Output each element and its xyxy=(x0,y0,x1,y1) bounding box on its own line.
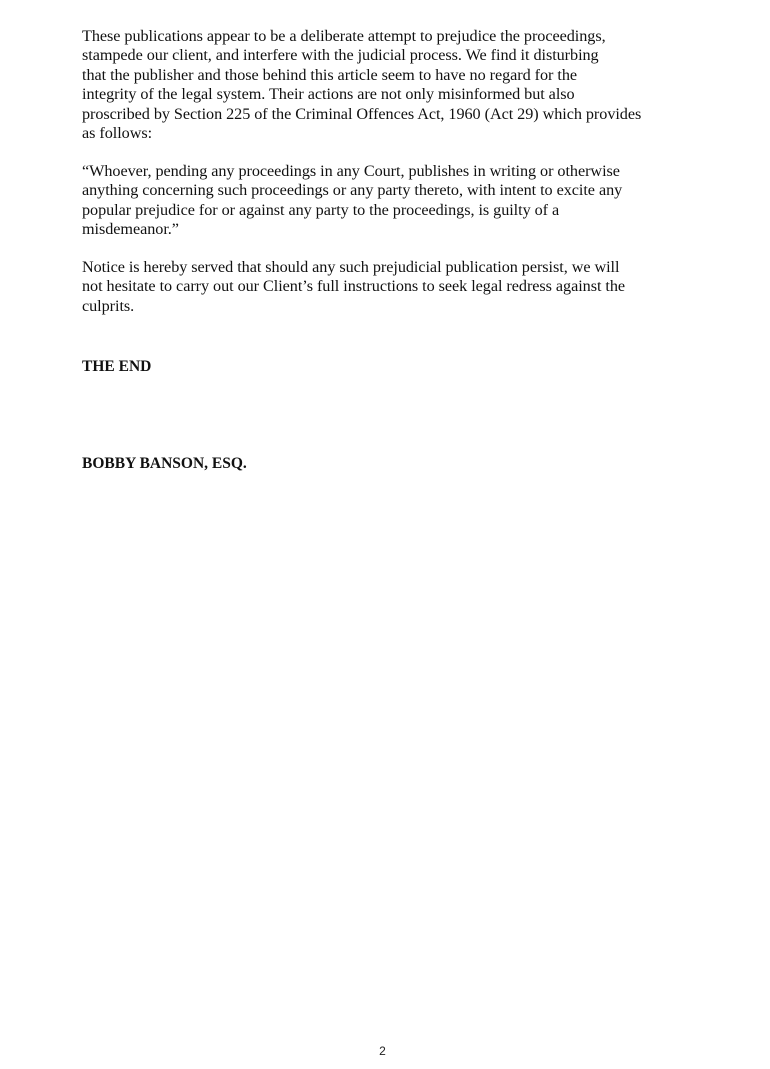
text-line: Notice is hereby served that should any … xyxy=(82,258,682,277)
text-line: integrity of the legal system. Their act… xyxy=(82,85,682,104)
signature: BOBBY BANSON, ESQ. xyxy=(82,455,247,473)
text-line: not hesitate to carry out our Client’s f… xyxy=(82,277,682,296)
text-line: “Whoever, pending any proceedings in any… xyxy=(82,162,682,181)
text-line: misdemeanor.” xyxy=(82,220,682,239)
text-line: popular prejudice for or against any par… xyxy=(82,201,682,220)
page-number: 2 xyxy=(0,1044,765,1058)
text-line: culprits. xyxy=(82,297,682,316)
text-line: stampede our client, and interfere with … xyxy=(82,46,682,65)
paragraph-prejudice-statement: These publications appear to be a delibe… xyxy=(82,27,682,143)
text-line: as follows: xyxy=(82,124,682,143)
document-page: These publications appear to be a delibe… xyxy=(0,0,770,1069)
text-line: that the publisher and those behind this… xyxy=(82,66,682,85)
paragraph-statute-quote: “Whoever, pending any proceedings in any… xyxy=(82,162,682,240)
closing-heading: THE END xyxy=(82,358,151,376)
text-line: anything concerning such proceedings or … xyxy=(82,181,682,200)
text-line: proscribed by Section 225 of the Crimina… xyxy=(82,105,682,124)
text-line: These publications appear to be a delibe… xyxy=(82,27,682,46)
paragraph-notice: Notice is hereby served that should any … xyxy=(82,258,682,316)
